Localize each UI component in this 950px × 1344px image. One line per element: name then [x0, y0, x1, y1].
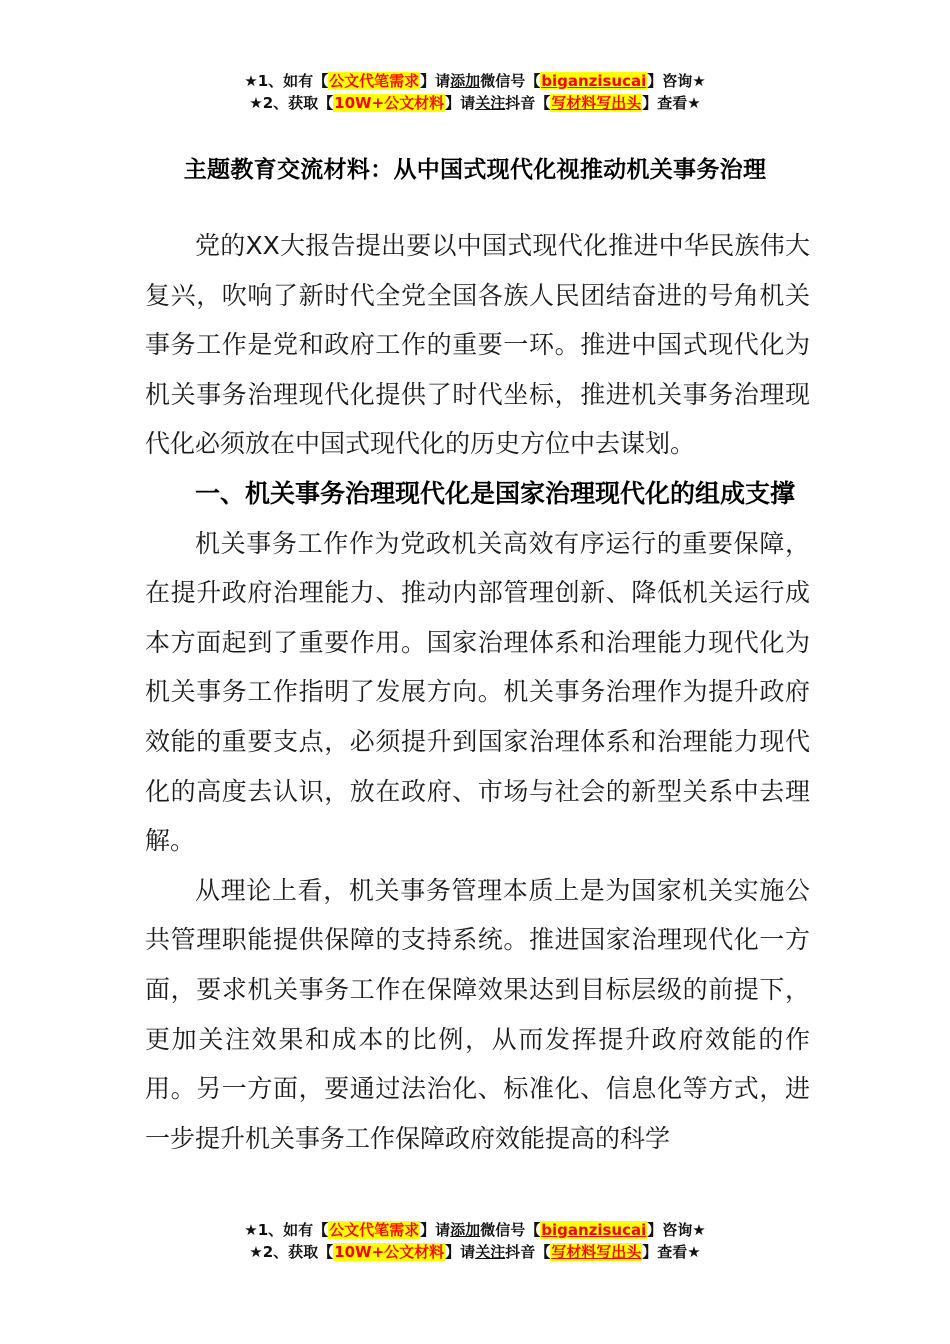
- banner-text: 抖音【: [505, 94, 550, 112]
- header-banner: ★1、如有【公文代笔需求】请添加微信号【biganzisucai】咨询★ ★2、…: [0, 70, 950, 114]
- wechat-id[interactable]: biganzisucai: [540, 72, 647, 90]
- banner-text: 】请: [420, 1221, 450, 1239]
- banner-text: 】咨询: [647, 1221, 692, 1239]
- star-icon: ★: [687, 94, 700, 112]
- highlight-materials: 10W+公文材料: [333, 1243, 445, 1261]
- banner-text: 1、如有【: [258, 1221, 328, 1239]
- highlight-materials: 10W+公文材料: [333, 94, 445, 112]
- banner-text: 】请: [420, 72, 450, 90]
- emphasis-follow: 关注: [475, 94, 505, 112]
- star-icon: ★: [244, 72, 257, 90]
- banner-text: 1、如有【: [258, 72, 328, 90]
- banner-text: 2、获取【: [263, 1243, 333, 1261]
- emphasis-follow: 关注: [475, 1243, 505, 1261]
- star-icon: ★: [244, 1221, 257, 1239]
- douyin-account[interactable]: 写材料写出头: [550, 94, 642, 112]
- footer-banner: ★1、如有【公文代笔需求】请添加微信号【biganzisucai】咨询★ ★2、…: [0, 1219, 950, 1263]
- document-body: 党的XX大报告提出要以中国式现代化推进中华民族伟大复兴，吹响了新时代全党全国各族…: [145, 221, 810, 1163]
- banner-text: 】查看: [642, 94, 687, 112]
- banner-text: 】咨询: [647, 72, 692, 90]
- paragraph-body-1: 机关事务工作作为党政机关高效有序运行的重要保障，在提升政府治理能力、推动内部管理…: [145, 519, 810, 866]
- banner-text: 2、获取【: [263, 94, 333, 112]
- banner-text: 】请: [445, 1243, 475, 1261]
- banner-text: 抖音【: [505, 1243, 550, 1261]
- star-icon: ★: [692, 72, 705, 90]
- highlight-service: 公文代笔需求: [328, 72, 420, 90]
- banner-line-2: ★2、获取【10W+公文材料】请关注抖音【写材料写出头】查看★: [0, 92, 950, 114]
- paragraph-intro: 党的XX大报告提出要以中国式现代化推进中华民族伟大复兴，吹响了新时代全党全国各族…: [145, 221, 810, 469]
- star-icon: ★: [692, 1221, 705, 1239]
- banner-text: 微信号【: [480, 72, 540, 90]
- star-icon: ★: [249, 94, 262, 112]
- douyin-account[interactable]: 写材料写出头: [550, 1243, 642, 1261]
- paragraph-body-2: 从理论上看，机关事务管理本质上是为国家机关实施公共管理职能提供保障的支持系统。推…: [145, 866, 810, 1164]
- star-icon: ★: [249, 1243, 262, 1261]
- banner-text: 微信号【: [480, 1221, 540, 1239]
- emphasis-add: 添加: [450, 72, 480, 90]
- banner-line-1: ★1、如有【公文代笔需求】请添加微信号【biganzisucai】咨询★: [0, 70, 950, 92]
- document-title: 主题教育交流材料：从中国式现代化视推动机关事务治理: [0, 154, 950, 186]
- star-icon: ★: [687, 1243, 700, 1261]
- banner-text: 】查看: [642, 1243, 687, 1261]
- section-heading-1: 一、机关事务治理现代化是国家治理现代化的组成支撑: [145, 469, 810, 519]
- wechat-id[interactable]: biganzisucai: [540, 1221, 647, 1239]
- banner-line-1: ★1、如有【公文代笔需求】请添加微信号【biganzisucai】咨询★: [0, 1219, 950, 1241]
- highlight-service: 公文代笔需求: [328, 1221, 420, 1239]
- banner-text: 】请: [445, 94, 475, 112]
- banner-line-2: ★2、获取【10W+公文材料】请关注抖音【写材料写出头】查看★: [0, 1241, 950, 1263]
- emphasis-add: 添加: [450, 1221, 480, 1239]
